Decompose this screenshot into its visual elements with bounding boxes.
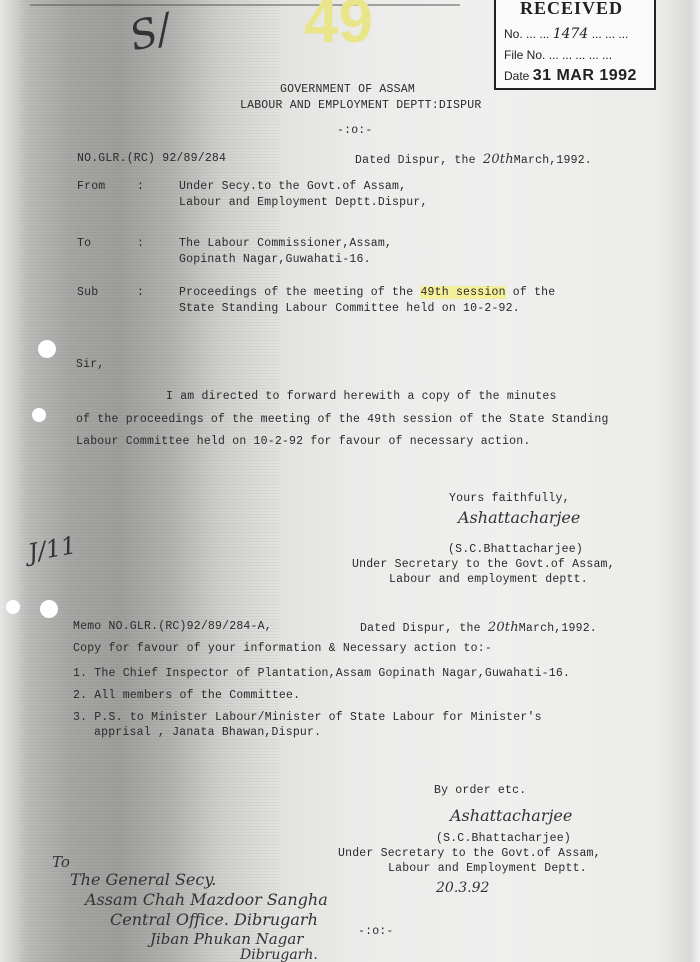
letter-date: Dated Dispur, the 20thMarch,1992.	[355, 152, 592, 167]
scan-shadow	[20, 0, 280, 962]
handwritten-initials: S/	[125, 5, 176, 60]
handwritten-line-5: Dibrugarh.	[240, 947, 318, 962]
stamp-number-value: 1474	[553, 26, 589, 42]
punch-hole	[32, 408, 46, 422]
memo-designation-2: Labour and Employment Deptt.	[388, 862, 587, 875]
salutation: Sir,	[76, 358, 104, 371]
memo-date-day-handwritten: 20th	[488, 620, 519, 635]
memo-sign-date: 20.3.92	[436, 880, 489, 896]
to-label: To	[77, 237, 91, 250]
subject-line-2: State Standing Labour Committee held on …	[179, 302, 520, 315]
stamp-date-value: 31 MAR 1992	[533, 67, 637, 84]
memo-date-suffix: March,1992.	[519, 622, 597, 635]
stamp-number-label: No.	[504, 27, 523, 41]
handwritten-line-3: Central Office. Dibrugarh	[110, 910, 318, 929]
signature: Ashattacharjee	[458, 508, 580, 527]
handwritten-line-2: Assam Chah Mazdoor Sangha	[85, 890, 328, 909]
stamp-file-label: File No.	[504, 48, 545, 62]
stamp-title: RECEIVED	[520, 0, 623, 19]
punch-hole	[6, 600, 20, 614]
to-colon: :	[137, 237, 144, 250]
signatory-designation-2: Labour and employment deptt.	[389, 573, 588, 586]
subject-text-end: of the	[506, 286, 556, 299]
from-line-2: Labour and Employment Deptt.Dispur,	[179, 196, 428, 209]
memo-designation-1: Under Secretary to the Govt.of Assam,	[338, 847, 601, 860]
memo-recipient-3-cont: apprisal , Janata Bhawan,Dispur.	[94, 726, 321, 739]
scan-edge-line	[30, 4, 460, 6]
handwritten-line-4: Jiban Phukan Nagar	[150, 930, 303, 948]
highlighter-annotation: 49	[304, 0, 373, 57]
body-line-3: Labour Committee held on 10-2-92 for fav…	[76, 435, 530, 448]
date-day-handwritten: 20th	[483, 152, 514, 167]
memo-date-prefix: Dated Dispur, the	[360, 622, 481, 635]
stamp-date-label: Date	[504, 69, 529, 83]
closing: Yours faithfully,	[449, 492, 570, 505]
date-suffix: March,1992.	[514, 154, 592, 167]
memo-closing: By order etc.	[434, 784, 526, 797]
letter-ref-no: NO.GLR.(RC) 92/89/284	[77, 152, 226, 165]
subject-line-1: Proceedings of the meeting of the 49th s…	[179, 286, 555, 299]
memo-end-separator: -:o:-	[358, 925, 394, 938]
memo-recipient-3: 3. P.S. to Minister Labour/Minister of S…	[73, 711, 542, 724]
memo-copy-line: Copy for favour of your information & Ne…	[73, 642, 492, 655]
punch-hole	[40, 600, 58, 618]
document-page: 49 S/ J/11 RECEIVED No. ... ... 1474 ...…	[0, 0, 700, 962]
stamp-date-row: Date 31 MAR 1992	[504, 67, 637, 85]
header-separator: -:o:-	[337, 124, 373, 137]
to-line-1: The Labour Commissioner,Assam,	[179, 237, 392, 250]
subject-highlight: 49th session	[420, 286, 505, 299]
memo-signature: Ashattacharjee	[450, 806, 572, 825]
memo-date: Dated Dispur, the 20thMarch,1992.	[360, 620, 597, 635]
header-department: LABOUR AND EMPLOYMENT DEPTT:DISPUR	[240, 99, 481, 112]
received-stamp: RECEIVED No. ... ... 1474 ... ... ... Fi…	[494, 0, 656, 90]
date-prefix: Dated Dispur, the	[355, 154, 476, 167]
memo-recipient-2: 2. All members of the Committee.	[73, 689, 300, 702]
subject-label: Sub	[77, 286, 98, 299]
signatory-name: (S.C.Bhattacharjee)	[448, 543, 583, 556]
from-colon: :	[137, 180, 144, 193]
handwritten-line-1: The General Secy.	[70, 870, 216, 889]
subject-colon: :	[137, 286, 144, 299]
signatory-designation-1: Under Secretary to the Govt.of Assam,	[352, 558, 615, 571]
punch-hole	[38, 340, 56, 358]
to-line-2: Gopinath Nagar,Guwahati-16.	[179, 253, 371, 266]
body-line-1: I am directed to forward herewith a copy…	[166, 390, 557, 403]
memo-signatory-name: (S.C.Bhattacharjee)	[436, 832, 571, 845]
body-line-2: of the proceedings of the meeting of the…	[76, 413, 609, 426]
stamp-number-row: No. ... ... 1474 ... ... ...	[504, 26, 628, 42]
memo-recipient-1: 1. The Chief Inspector of Plantation,Ass…	[73, 667, 570, 680]
stamp-file-row: File No. ... ... ... ... ...	[504, 48, 612, 62]
subject-text: Proceedings of the meeting of the	[179, 286, 420, 299]
handwritten-initials-side: J/11	[26, 531, 78, 567]
from-label: From	[77, 180, 105, 193]
from-line-1: Under Secy.to the Govt.of Assam,	[179, 180, 406, 193]
handwritten-to: To	[52, 853, 70, 871]
header-government: GOVERNMENT OF ASSAM	[280, 83, 415, 96]
memo-ref-no: Memo NO.GLR.(RC)92/89/284-A,	[73, 620, 272, 633]
